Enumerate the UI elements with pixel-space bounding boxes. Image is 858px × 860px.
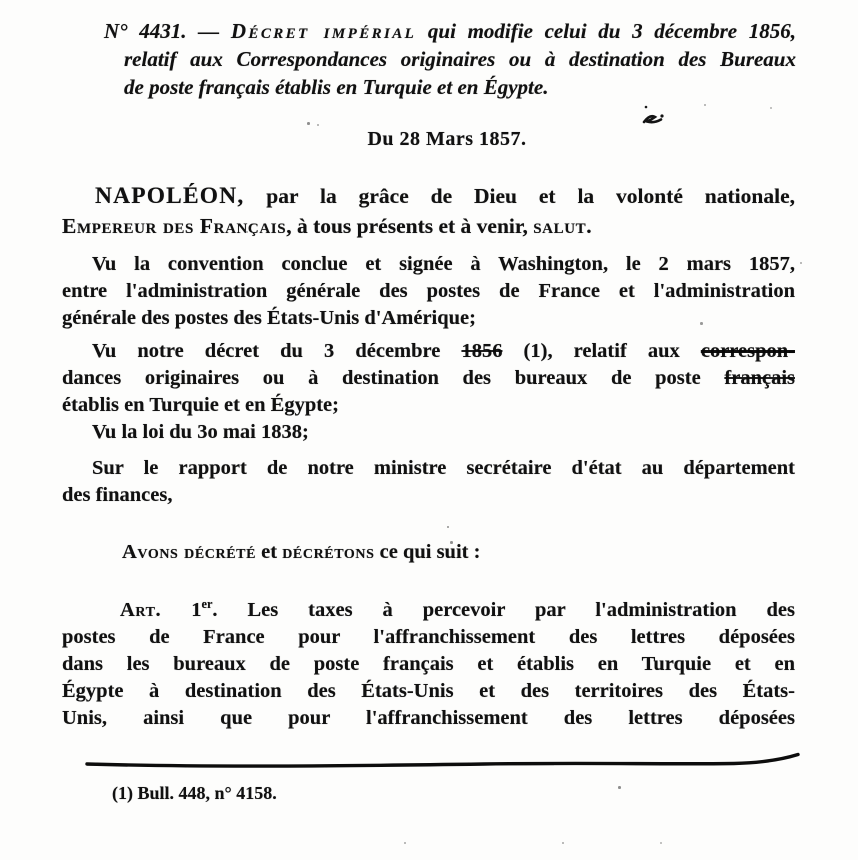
scan-noise-dot bbox=[770, 107, 772, 109]
text-segment: Vu la loi du 3o mai 1838; bbox=[92, 421, 309, 443]
text-segment: Unis, ainsi que pour l'affranchissement … bbox=[62, 707, 795, 729]
scan-noise-dot bbox=[404, 842, 406, 844]
text-segment: Empereur des Français bbox=[62, 214, 286, 238]
footnote-reference: (1) Bull. 448, n° 4158. bbox=[112, 783, 612, 804]
text-segment: français bbox=[724, 367, 795, 389]
text-segment: dans les bureaux de poste français et ét… bbox=[62, 653, 795, 675]
text-segment: entre l'administration générale des post… bbox=[62, 280, 795, 302]
text-line: Empereur des Français, à tous présents e… bbox=[62, 211, 795, 241]
text-line: Vu notre décret du 3 décembre 1856 (1), … bbox=[62, 338, 795, 365]
text-segment: 1856 bbox=[461, 340, 502, 362]
article-1-paragraph: Art. 1er. Les taxes à percevoir par l'ad… bbox=[62, 597, 795, 732]
text-line: (1) Bull. 448, n° 4158. bbox=[112, 783, 612, 804]
recital-loi-1838: Vu la loi du 3o mai 1838; bbox=[62, 419, 795, 446]
text-segment: Avons décrété bbox=[122, 541, 256, 563]
text-segment: Sur le rapport de notre ministre secréta… bbox=[92, 457, 795, 479]
decree-heading: N° 4431. — Décret impérial qui modifie c… bbox=[104, 17, 796, 101]
text-line: générale des postes des États-Unis d'Amé… bbox=[62, 305, 795, 332]
date-line: Du 28 Mars 1857. bbox=[18, 128, 858, 151]
text-line: dances originaires ou à destination des … bbox=[62, 365, 795, 392]
text-line: dans les bureaux de poste français et ét… bbox=[62, 651, 795, 678]
enacting-clause: Avons décrété et décrétons ce qui suit : bbox=[62, 539, 795, 566]
recital-convention: Vu la convention conclue et signée à Was… bbox=[62, 251, 795, 332]
text-segment: (1) Bull. 448, n° 4158. bbox=[112, 783, 277, 803]
text-segment: dances originaires ou à destination des … bbox=[62, 367, 724, 389]
text-line: de poste français établis en Turquie et … bbox=[124, 73, 796, 101]
text-line: postes de France pour l'affranchissement… bbox=[62, 624, 795, 651]
text-segment: Art. bbox=[120, 599, 161, 621]
scan-noise-dot bbox=[638, 56, 641, 59]
text-segment: , à tous présents et à venir, bbox=[286, 214, 533, 238]
text-segment: N° 4431. — bbox=[104, 19, 231, 43]
text-segment: . bbox=[586, 214, 591, 238]
text-segment: . Les taxes à percevoir par l'administra… bbox=[212, 599, 795, 621]
ink-smudge bbox=[638, 102, 668, 130]
text-segment: Égypte à destination des États-Unis et d… bbox=[62, 680, 795, 702]
scan-noise-dot bbox=[246, 231, 248, 233]
text-segment: qui modifie celui du 3 décembre 1856, bbox=[416, 19, 796, 43]
text-segment: établis en Turquie et en Égypte; bbox=[62, 394, 339, 416]
text-line: Unis, ainsi que pour l'affranchissement … bbox=[62, 705, 795, 732]
recital-decret-1856: Vu notre décret du 3 décembre 1856 (1), … bbox=[62, 338, 795, 419]
document-page: N° 4431. — Décret impérial qui modifie c… bbox=[0, 0, 858, 860]
text-segment: Décret impérial bbox=[231, 19, 416, 43]
text-segment: postes de France pour l'affranchissement… bbox=[62, 626, 795, 648]
text-segment: décrétons bbox=[282, 541, 374, 563]
text-segment: par la grâce de Dieu et la volonté natio… bbox=[244, 184, 795, 208]
text-line: Du 28 Mars 1857. bbox=[18, 128, 858, 151]
scan-noise-dot bbox=[800, 262, 802, 264]
text-line: Égypte à destination des États-Unis et d… bbox=[62, 678, 795, 705]
text-segment: salut bbox=[533, 214, 586, 238]
text-line: relatif aux Correspondances originaires … bbox=[124, 45, 796, 73]
text-line: Art. 1er. Les taxes à percevoir par l'ad… bbox=[62, 597, 795, 624]
text-segment: ce qui suit : bbox=[375, 541, 481, 563]
text-segment: et bbox=[256, 541, 282, 563]
scan-noise-dot bbox=[307, 122, 310, 125]
text-segment: NAPOLÉON, bbox=[95, 183, 244, 209]
scan-noise-dot bbox=[317, 124, 319, 126]
text-segment: (1), relatif aux bbox=[502, 340, 700, 362]
text-segment: Vu la convention conclue et signée à Was… bbox=[92, 253, 795, 275]
text-segment: er bbox=[202, 597, 213, 611]
scan-noise-dot bbox=[660, 842, 662, 844]
text-line: entre l'administration générale des post… bbox=[62, 278, 795, 305]
recital-rapport: Sur le rapport de notre ministre secréta… bbox=[62, 455, 795, 509]
scan-noise-dot bbox=[450, 541, 453, 544]
text-segment: générale des postes des États-Unis d'Amé… bbox=[62, 307, 476, 329]
footnote-rule bbox=[84, 752, 802, 772]
salutation-paragraph: NAPOLÉON, par la grâce de Dieu et la vol… bbox=[62, 181, 795, 241]
text-line: Avons décrété et décrétons ce qui suit : bbox=[62, 539, 795, 566]
text-line: NAPOLÉON, par la grâce de Dieu et la vol… bbox=[62, 181, 795, 211]
text-segment: Vu notre décret du 3 décembre bbox=[92, 340, 461, 362]
text-line: N° 4431. — Décret impérial qui modifie c… bbox=[104, 17, 796, 45]
scan-noise-dot bbox=[447, 526, 449, 528]
text-line: Vu la loi du 3o mai 1838; bbox=[62, 419, 795, 446]
text-segment: 1 bbox=[161, 599, 201, 621]
scan-noise-dot bbox=[704, 104, 706, 106]
scan-noise-dot bbox=[562, 842, 564, 844]
text-segment: relatif aux Correspondances originaires … bbox=[124, 47, 796, 71]
text-line: Vu la convention conclue et signée à Was… bbox=[62, 251, 795, 278]
text-line: Sur le rapport de notre ministre secréta… bbox=[62, 455, 795, 482]
text-segment: de poste français établis en Turquie et … bbox=[124, 75, 548, 99]
text-line: établis en Turquie et en Égypte; bbox=[62, 392, 795, 419]
text-segment: correspon- bbox=[701, 340, 795, 362]
scan-noise-dot bbox=[618, 786, 621, 789]
text-segment: Du 28 Mars 1857. bbox=[367, 128, 526, 150]
text-line: des finances, bbox=[62, 482, 795, 509]
text-segment: des finances, bbox=[62, 484, 172, 506]
scan-noise-dot bbox=[700, 322, 703, 325]
